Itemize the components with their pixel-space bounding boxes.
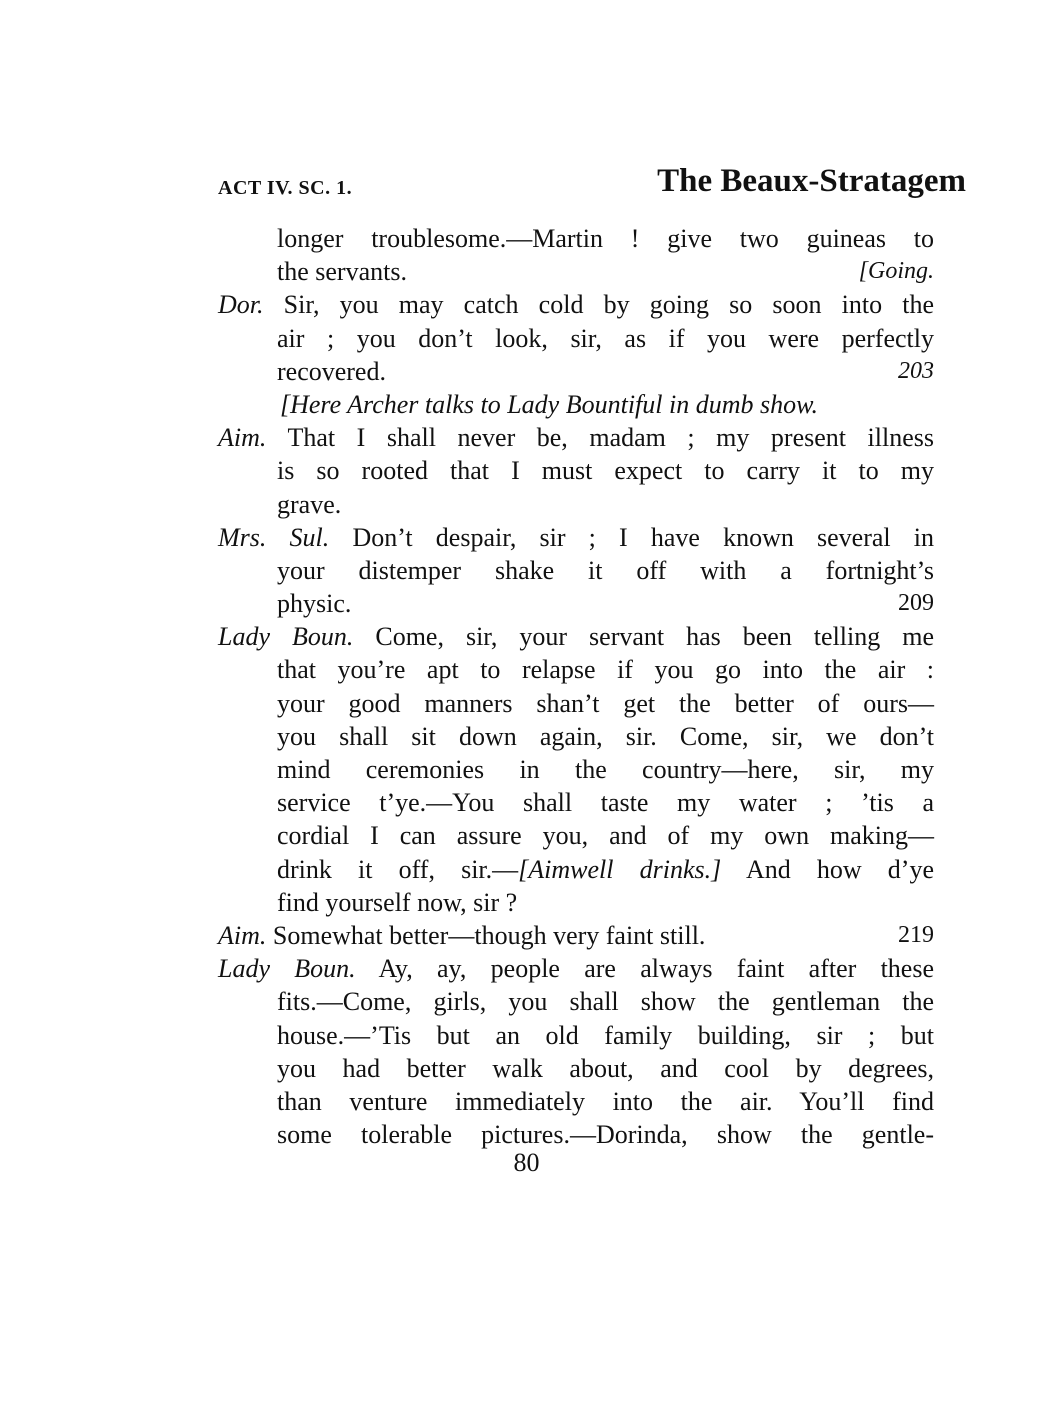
line-text: grave. bbox=[277, 490, 341, 519]
speaker-name: Aim. bbox=[218, 921, 266, 950]
text-line: the servants.[Going. bbox=[218, 255, 934, 288]
line-text: Come, sir, your servant has been telling… bbox=[375, 622, 934, 651]
text-line: your distemper shake it off with a fortn… bbox=[218, 554, 934, 587]
text-line: house.—’Tis but an old family building, … bbox=[218, 1019, 934, 1052]
line-text: find yourself now, sir ? bbox=[277, 888, 517, 917]
speech-line: Aim. That I shall never be, madam ; my p… bbox=[218, 421, 934, 454]
stage-direction-line: [Here Archer talks to Lady Bountiful in … bbox=[218, 388, 934, 421]
line-text: longer troublesome.—Martin ! give two gu… bbox=[277, 224, 934, 253]
page-number: 80 bbox=[0, 1148, 1053, 1178]
line-text: mind ceremonies in the country—here, sir… bbox=[277, 755, 934, 784]
text-line: your good manners shan’t get the better … bbox=[218, 687, 934, 720]
line-text: And how d’ye bbox=[721, 855, 934, 884]
speech-line: Aim. Somewhat better—though very faint s… bbox=[218, 919, 934, 952]
text-line: drink it off, sir.—[Aimwell drinks.] And… bbox=[218, 853, 934, 886]
book-page: ACT IV. SC. 1. The Beaux-Stratagem longe… bbox=[0, 0, 1053, 1407]
line-text: drink it off, sir.— bbox=[277, 855, 518, 884]
text-line: air ; you don’t look, sir, as if you wer… bbox=[218, 322, 934, 355]
text-line: find yourself now, sir ? bbox=[218, 886, 934, 919]
line-text: service t’ye.—You shall taste my water ;… bbox=[277, 788, 934, 817]
line-number: 209 bbox=[898, 587, 934, 620]
running-header: ACT IV. SC. 1. The Beaux-Stratagem bbox=[218, 163, 966, 213]
line-text: physic. bbox=[277, 589, 351, 618]
line-text: that you’re apt to relapse if you go int… bbox=[277, 655, 934, 684]
line-text: your distemper shake it off with a fortn… bbox=[277, 556, 934, 585]
text-line: longer troublesome.—Martin ! give two gu… bbox=[218, 222, 934, 255]
text-line: fits.—Come, girls, you shall show the ge… bbox=[218, 985, 934, 1018]
line-text: Sir, you may catch cold by going so soon… bbox=[284, 290, 934, 319]
speaker-name: Lady Boun. bbox=[218, 954, 356, 983]
speaker-name: Lady Boun. bbox=[218, 622, 353, 651]
line-text: recovered. bbox=[277, 357, 386, 386]
text-line: is so rooted that I must expect to carry… bbox=[218, 454, 934, 487]
line-number: 219 bbox=[898, 919, 934, 952]
line-text: you had better walk about, and cool by d… bbox=[277, 1054, 934, 1083]
text-line: you had better walk about, and cool by d… bbox=[218, 1052, 934, 1085]
play-text: longer troublesome.—Martin ! give two gu… bbox=[218, 222, 934, 1151]
text-line: some tolerable pictures.—Dorinda, show t… bbox=[218, 1118, 934, 1151]
line-text: you shall sit down again, sir. Come, sir… bbox=[277, 722, 934, 751]
line-text: some tolerable pictures.—Dorinda, show t… bbox=[277, 1120, 934, 1149]
line-text: fits.—Come, girls, you shall show the ge… bbox=[277, 987, 934, 1016]
text-line: you shall sit down again, sir. Come, sir… bbox=[218, 720, 934, 753]
text-line: physic.209 bbox=[218, 587, 934, 620]
stage-direction: [Here Archer talks to Lady Bountiful in … bbox=[280, 390, 818, 419]
text-line: grave. bbox=[218, 488, 934, 521]
line-text: cordial I can assure you, and of my own … bbox=[277, 821, 934, 850]
text-line: recovered.203 bbox=[218, 355, 934, 388]
speaker-name: Mrs. Sul. bbox=[218, 523, 329, 552]
text-line: cordial I can assure you, and of my own … bbox=[218, 819, 934, 852]
text-line: that you’re apt to relapse if you go int… bbox=[218, 653, 934, 686]
line-text: That I shall never be, madam ; my presen… bbox=[287, 423, 934, 452]
text-line: mind ceremonies in the country—here, sir… bbox=[218, 753, 934, 786]
line-text: Somewhat better—though very faint still. bbox=[273, 921, 706, 950]
act-scene-label: ACT IV. SC. 1. bbox=[218, 177, 352, 200]
line-text: house.—’Tis but an old family building, … bbox=[277, 1021, 934, 1050]
line-text: is so rooted that I must expect to carry… bbox=[277, 456, 934, 485]
text-line: service t’ye.—You shall taste my water ;… bbox=[218, 786, 934, 819]
stage-direction: [Going. bbox=[859, 255, 934, 288]
speech-line: Dor. Sir, you may catch cold by going so… bbox=[218, 288, 934, 321]
running-title: The Beaux-Stratagem bbox=[657, 163, 966, 200]
line-text: Don’t despair, sir ; I have known severa… bbox=[352, 523, 934, 552]
line-text: than venture immediately into the air. Y… bbox=[277, 1087, 934, 1116]
speech-line: Lady Boun. Ay, ay, people are always fai… bbox=[218, 952, 934, 985]
speech-line: Lady Boun. Come, sir, your servant has b… bbox=[218, 620, 934, 653]
line-text: Ay, ay, people are always faint after th… bbox=[379, 954, 934, 983]
line-number: 203 bbox=[898, 355, 934, 388]
speaker-name: Dor. bbox=[218, 290, 264, 319]
line-text: air ; you don’t look, sir, as if you wer… bbox=[277, 324, 934, 353]
speech-line: Mrs. Sul. Don’t despair, sir ; I have kn… bbox=[218, 521, 934, 554]
line-text: your good manners shan’t get the better … bbox=[277, 689, 934, 718]
line-text: the servants. bbox=[277, 257, 407, 286]
inline-stage-direction: [Aimwell drinks.] bbox=[518, 855, 721, 884]
speaker-name: Aim. bbox=[218, 423, 266, 452]
text-line: than venture immediately into the air. Y… bbox=[218, 1085, 934, 1118]
